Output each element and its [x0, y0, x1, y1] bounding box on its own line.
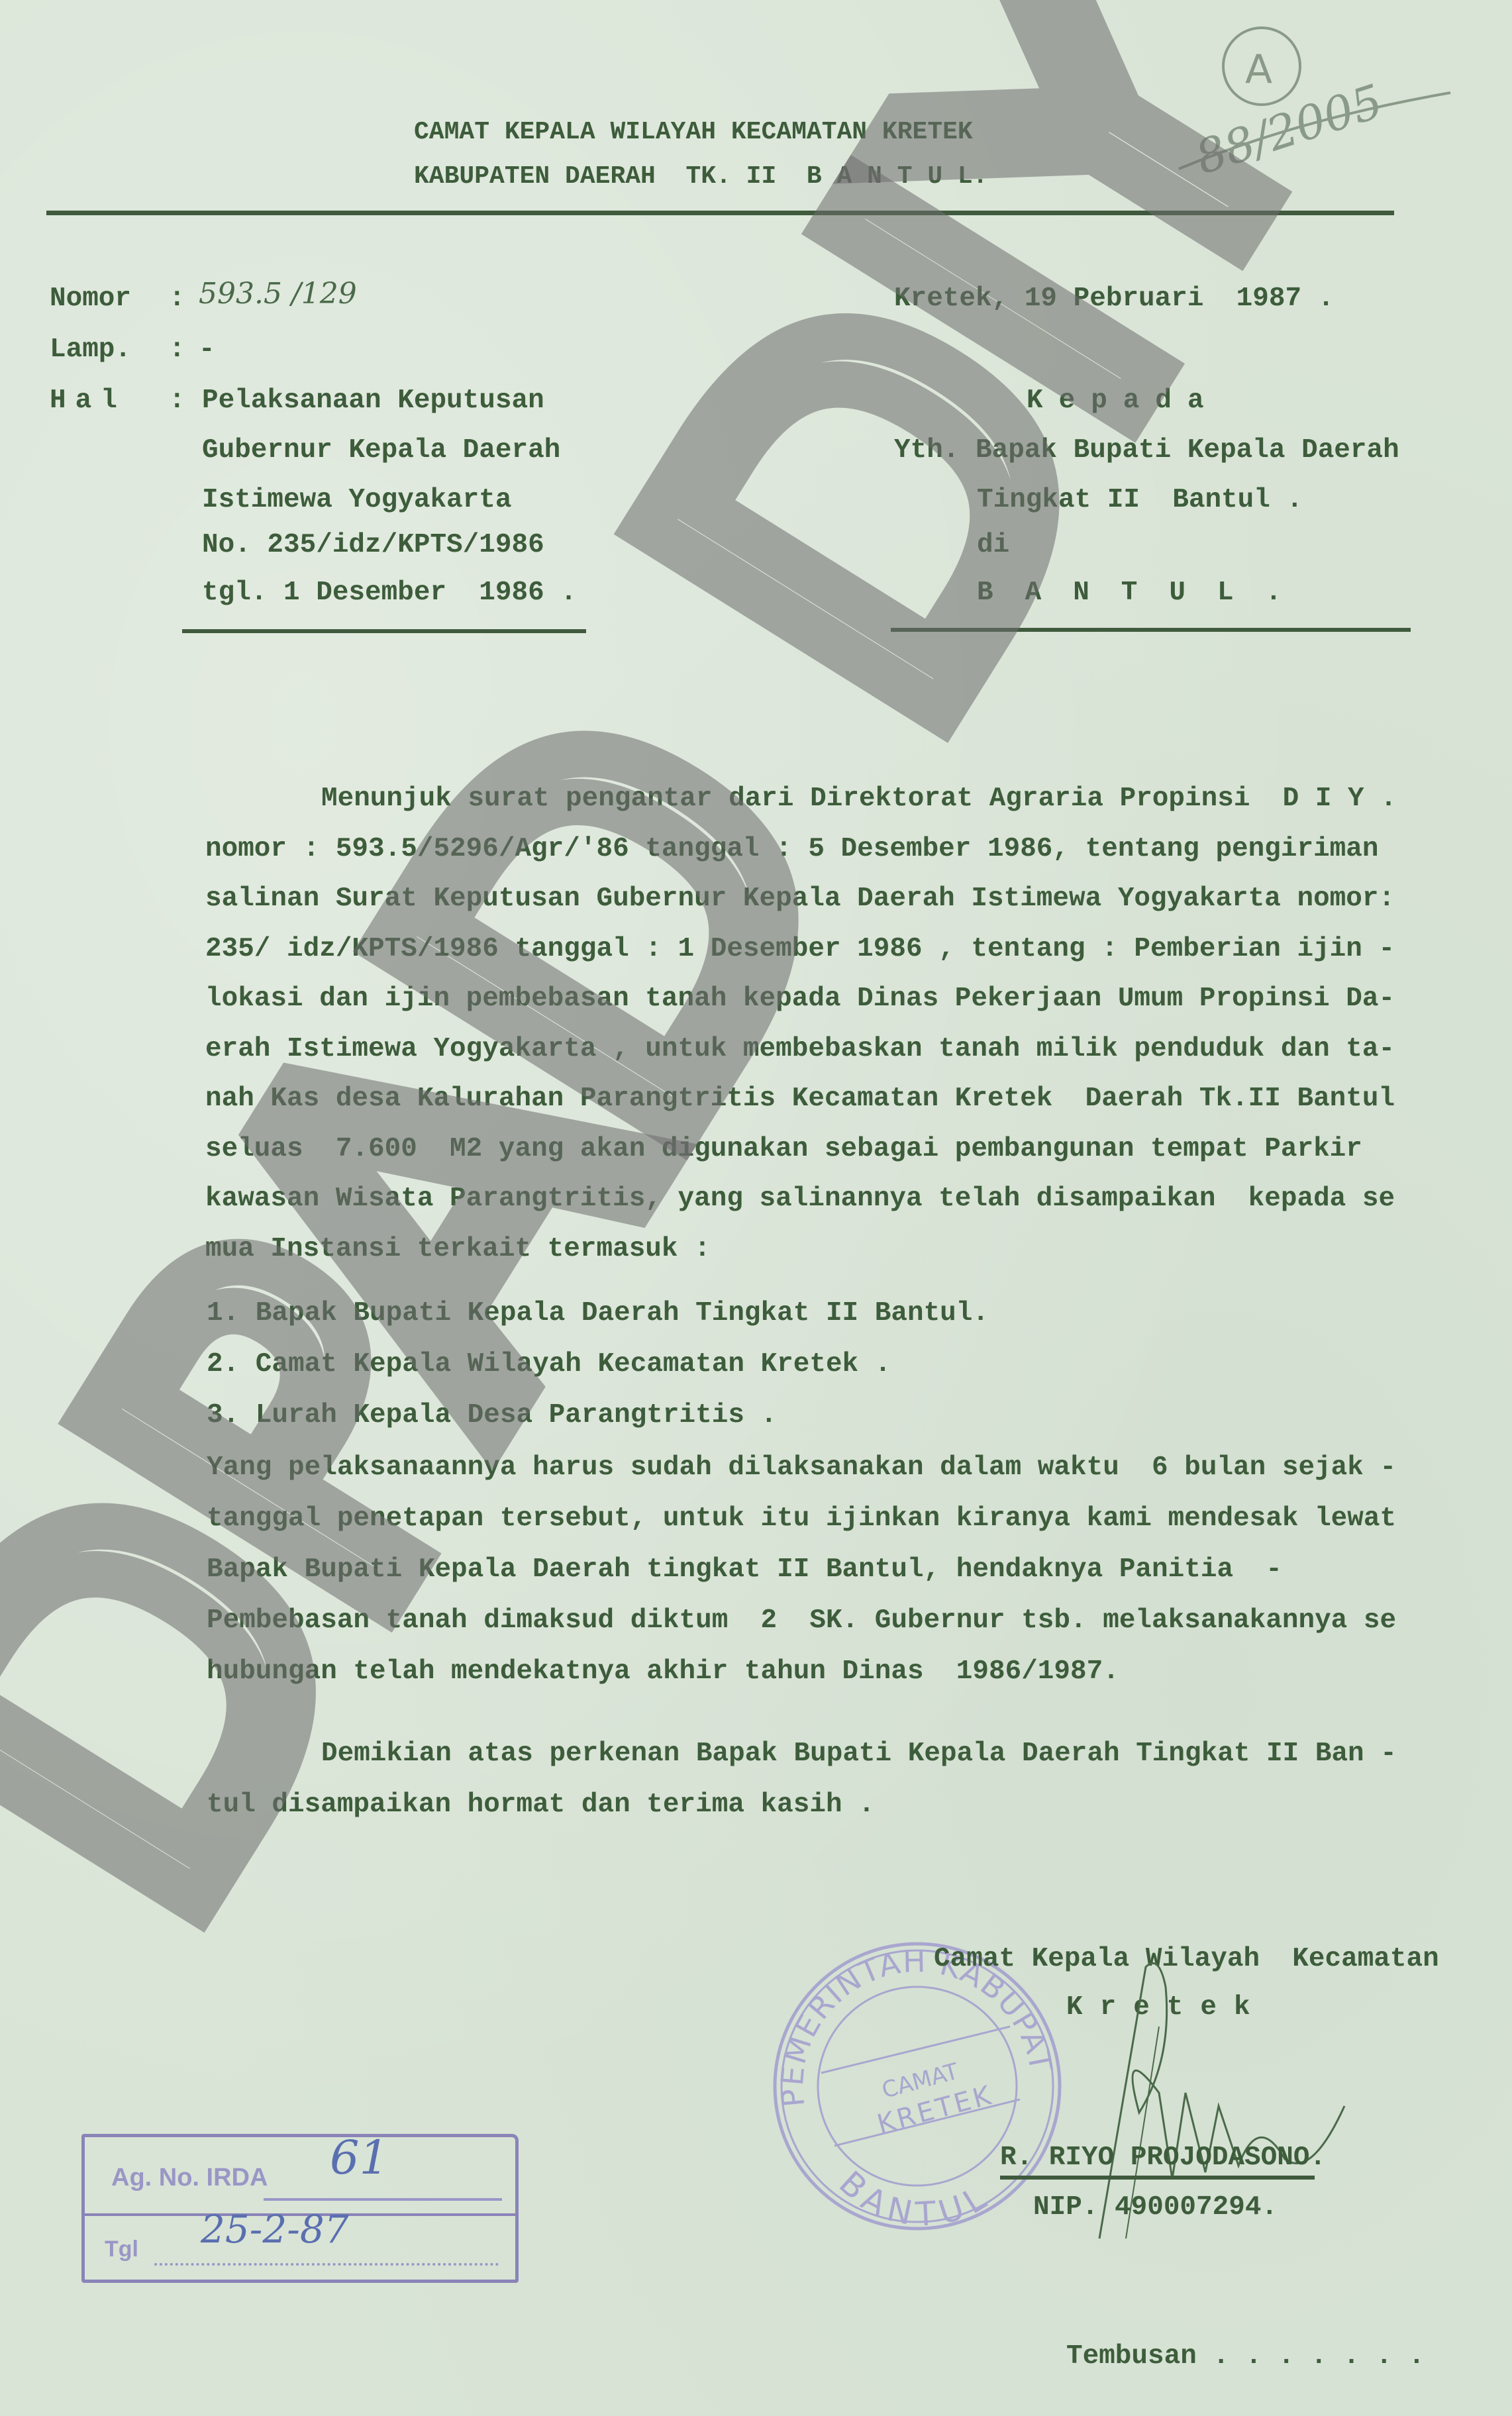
- body-line: Demikian atas perkenan Bapak Bupati Kepa…: [321, 1738, 1397, 1769]
- body-line: seluas 7.600 M2 yang akan digunakan seba…: [205, 1134, 1362, 1164]
- nomor-label: Nomor: [50, 283, 131, 314]
- list-item: 1. Bapak Bupati Kepala Daerah Tingkat II…: [207, 1298, 989, 1329]
- hal-line: tgl. 1 Desember 1986 .: [202, 578, 577, 608]
- body-line: erah Istimewa Yogyakarta , untuk membeba…: [205, 1034, 1395, 1064]
- body-line: lokasi dan ijin pembebasan tanah kepada …: [205, 983, 1395, 1014]
- letterhead-line-1: CAMAT KEPALA WILAYAH KECAMATAN KRETEK: [414, 118, 973, 146]
- letter-date: Kretek, 19 Pebruari 1987 .: [894, 283, 1334, 314]
- body-line: nomor : 593.5/5296/Agr/'86 tanggal : 5 D…: [205, 834, 1379, 864]
- address-line: BANTUL.: [977, 578, 1313, 608]
- hal-line: Pelaksanaan Keputusan: [202, 385, 544, 416]
- lampiran-value: -: [199, 334, 215, 365]
- agenda-date-label: Tgl: [105, 2237, 138, 2262]
- body-line: Menunjuk surat pengantar dari Direktorat…: [321, 783, 1397, 814]
- hal-underline: [182, 629, 586, 633]
- handwritten-annotation: A 88/2005: [1166, 20, 1457, 172]
- body-line: Yang pelaksanaannya harus sudah dilaksan…: [207, 1452, 1396, 1483]
- hal-line: No. 235/idz/KPTS/1986: [202, 530, 544, 560]
- lampiran-colon: :: [169, 334, 185, 365]
- handwritten-code: 88/2005: [1189, 74, 1389, 172]
- signatory-nip: NIP. 490007294.: [1033, 2192, 1278, 2223]
- address-line: Tingkat II Bantul .: [977, 485, 1303, 515]
- tembusan-label: Tembusan . . . . . . .: [1066, 2341, 1425, 2372]
- body-line: tul disampaikan hormat dan terima kasih …: [207, 1789, 875, 1820]
- body-line: hubungan telah mendekatnya akhir tahun D…: [207, 1656, 1119, 1687]
- body-line: nah Kas desa Kalurahan Parangtritis Keca…: [205, 1083, 1395, 1114]
- address-line: di: [977, 530, 1009, 560]
- hal-line: Gubernur Kepala Daerah: [202, 435, 560, 466]
- signatory-name: R. RIYO PROJODASONO.: [1000, 2142, 1326, 2173]
- agenda-date-line: [154, 2263, 499, 2266]
- lampiran-label: Lamp.: [50, 334, 131, 365]
- body-line: Pembebasan tanah dimaksud diktum 2 SK. G…: [207, 1605, 1396, 1636]
- address-underline: [891, 628, 1411, 632]
- agenda-date-value: 25-2-87: [201, 2207, 349, 2252]
- body-line: tanggal penetapan tersebut, untuk itu ij…: [207, 1503, 1396, 1534]
- letterhead-line-2: KABUPATEN DAERAH TK. II B A N T U L.: [414, 162, 988, 191]
- body-line: mua Instansi terkait termasuk :: [205, 1234, 711, 1264]
- hal-line: Istimewa Yogyakarta: [202, 485, 511, 515]
- letterhead-divider: [46, 211, 1394, 215]
- list-item: 3. Lurah Kepala Desa Parangtritis .: [207, 1400, 777, 1431]
- official-stamp: PEMERINTAH KABUPATEN DATI II BANTUL CAMA…: [765, 1934, 1070, 2239]
- agenda-number-value: 61: [330, 2131, 389, 2185]
- body-line: Bapak Bupati Kepala Daerah tingkat II Ba…: [207, 1554, 1282, 1585]
- kepada-label: Kepada: [1027, 385, 1220, 416]
- body-line: salinan Surat Keputusan Gubernur Kepala …: [205, 883, 1395, 914]
- hal-label: Hal: [50, 385, 126, 416]
- svg-text:BANTUL: BANTUL: [832, 2164, 998, 2234]
- circled-letter: A: [1245, 46, 1272, 93]
- signatory-name-underline: [1000, 2176, 1315, 2180]
- body-line: kawasan Wisata Parangtritis, yang salina…: [205, 1183, 1395, 1214]
- address-line: Yth. Bapak Bupati Kepala Daerah: [894, 435, 1399, 466]
- hal-colon: :: [169, 385, 185, 416]
- body-line: 235/ idz/KPTS/1986 tanggal : 1 Desember …: [205, 934, 1395, 964]
- agenda-number-label: Ag. No. IRDA: [111, 2164, 268, 2192]
- nomor-colon: :: [169, 283, 185, 314]
- agenda-number-line: [264, 2198, 502, 2201]
- list-item: 2. Camat Kepala Wilayah Kecamatan Kretek…: [207, 1349, 891, 1380]
- nomor-value: 593.5 /129: [199, 277, 357, 311]
- stamp-bottom-text: BANTUL: [832, 2164, 998, 2234]
- agenda-stamp: Ag. No. IRDA 61 Tgl 25-2-87: [81, 2134, 519, 2283]
